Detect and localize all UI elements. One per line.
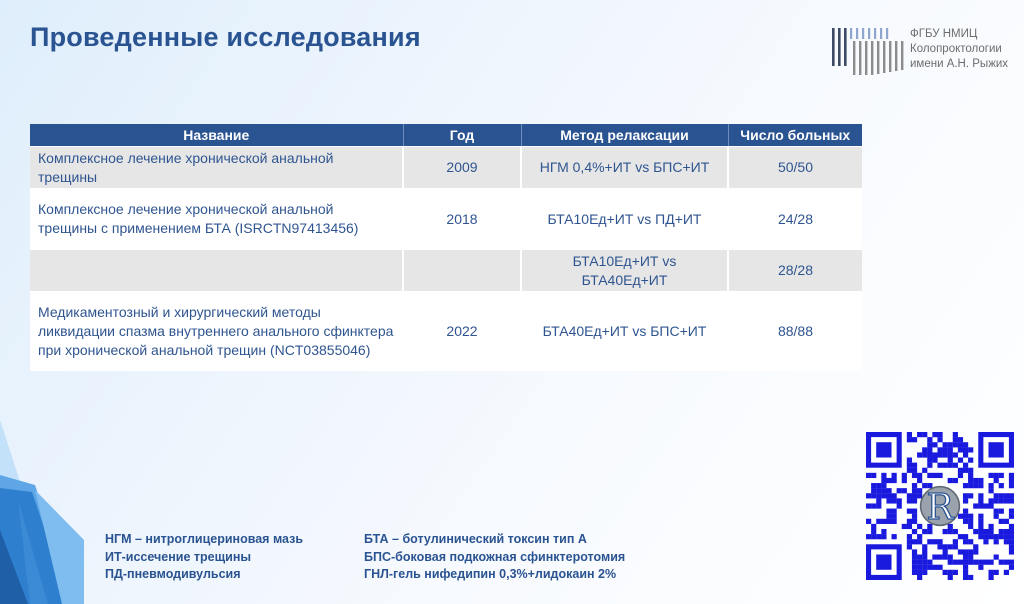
cell-patients: 28/28 (728, 250, 862, 292)
abbreviations-legend-left: НГМ – нитроглицериновая мазь ИТ-иссечени… (105, 531, 303, 584)
legend-item: НГМ – нитроглицериновая мазь (105, 531, 303, 549)
cell-method: БТА10Ед+ИТ vs БТА40Ед+ИТ (521, 250, 728, 292)
cell-method: БТА10Ед+ИТ vs ПД+ИТ (521, 189, 728, 250)
qr-center-logo: R (927, 487, 955, 528)
vertical-bars-logo-icon (831, 26, 906, 76)
table-row: Медикаментозный и хирургический методы л… (30, 292, 862, 372)
cell-method: БТА40Ед+ИТ vs БПС+ИТ (521, 292, 728, 372)
cell-name (30, 250, 403, 292)
table-row: Комплексное лечение хронической анальной… (30, 147, 862, 189)
cell-patients: 88/88 (728, 292, 862, 372)
legend-item: ИТ-иссечение трещины (105, 549, 303, 567)
abbreviations-legend-right: БТА – ботулинический токсин тип А БПС-бо… (364, 531, 625, 584)
cell-method: НГМ 0,4%+ИТ vs БПС+ИТ (521, 147, 728, 189)
cell-name: Комплексное лечение хронической анальной… (30, 189, 403, 250)
cell-year (403, 250, 521, 292)
table-header-row: Название Год Метод релаксации Число боль… (30, 124, 862, 147)
legend-item: ПД-пневмодивульсия (105, 566, 303, 584)
qr-code-icon[interactable]: R (866, 432, 1014, 580)
cell-year: 2018 (403, 189, 521, 250)
header-name: Название (30, 124, 403, 147)
table-row: Комплексное лечение хронической анальной… (30, 189, 862, 250)
table-row: БТА10Ед+ИТ vs БТА40Ед+ИТ 28/28 (30, 250, 862, 292)
legend-item: БПС-боковая подкожная сфинктеротомия (364, 549, 625, 567)
header-patients: Число больных (728, 124, 862, 147)
header-method: Метод релаксации (521, 124, 728, 147)
cell-name: Комплексное лечение хронической анальной… (30, 147, 403, 189)
cell-patients: 50/50 (728, 147, 862, 189)
legend-item: ГНЛ-гель нифедипин 0,3%+лидокаин 2% (364, 566, 625, 584)
cell-name: Медикаментозный и хирургический методы л… (30, 292, 403, 372)
header-year: Год (403, 124, 521, 147)
logo-line-2: Колопроктологии (910, 42, 1008, 57)
logo-line-3: имени А.Н. Рыжих (910, 57, 1008, 72)
legend-item: БТА – ботулинический токсин тип А (364, 531, 625, 549)
studies-table: Название Год Метод релаксации Число боль… (30, 124, 862, 371)
cell-year: 2022 (403, 292, 521, 372)
logo-line-1: ФГБУ НМИЦ (910, 27, 1008, 42)
slide-title: Проведенные исследования (30, 22, 421, 53)
cell-patients: 24/28 (728, 189, 862, 250)
cell-year: 2009 (403, 147, 521, 189)
institution-logo: ФГБУ НМИЦ Колопроктологии имени А.Н. Рыж… (831, 26, 1021, 76)
logo-text: ФГБУ НМИЦ Колопроктологии имени А.Н. Рыж… (910, 27, 1008, 72)
